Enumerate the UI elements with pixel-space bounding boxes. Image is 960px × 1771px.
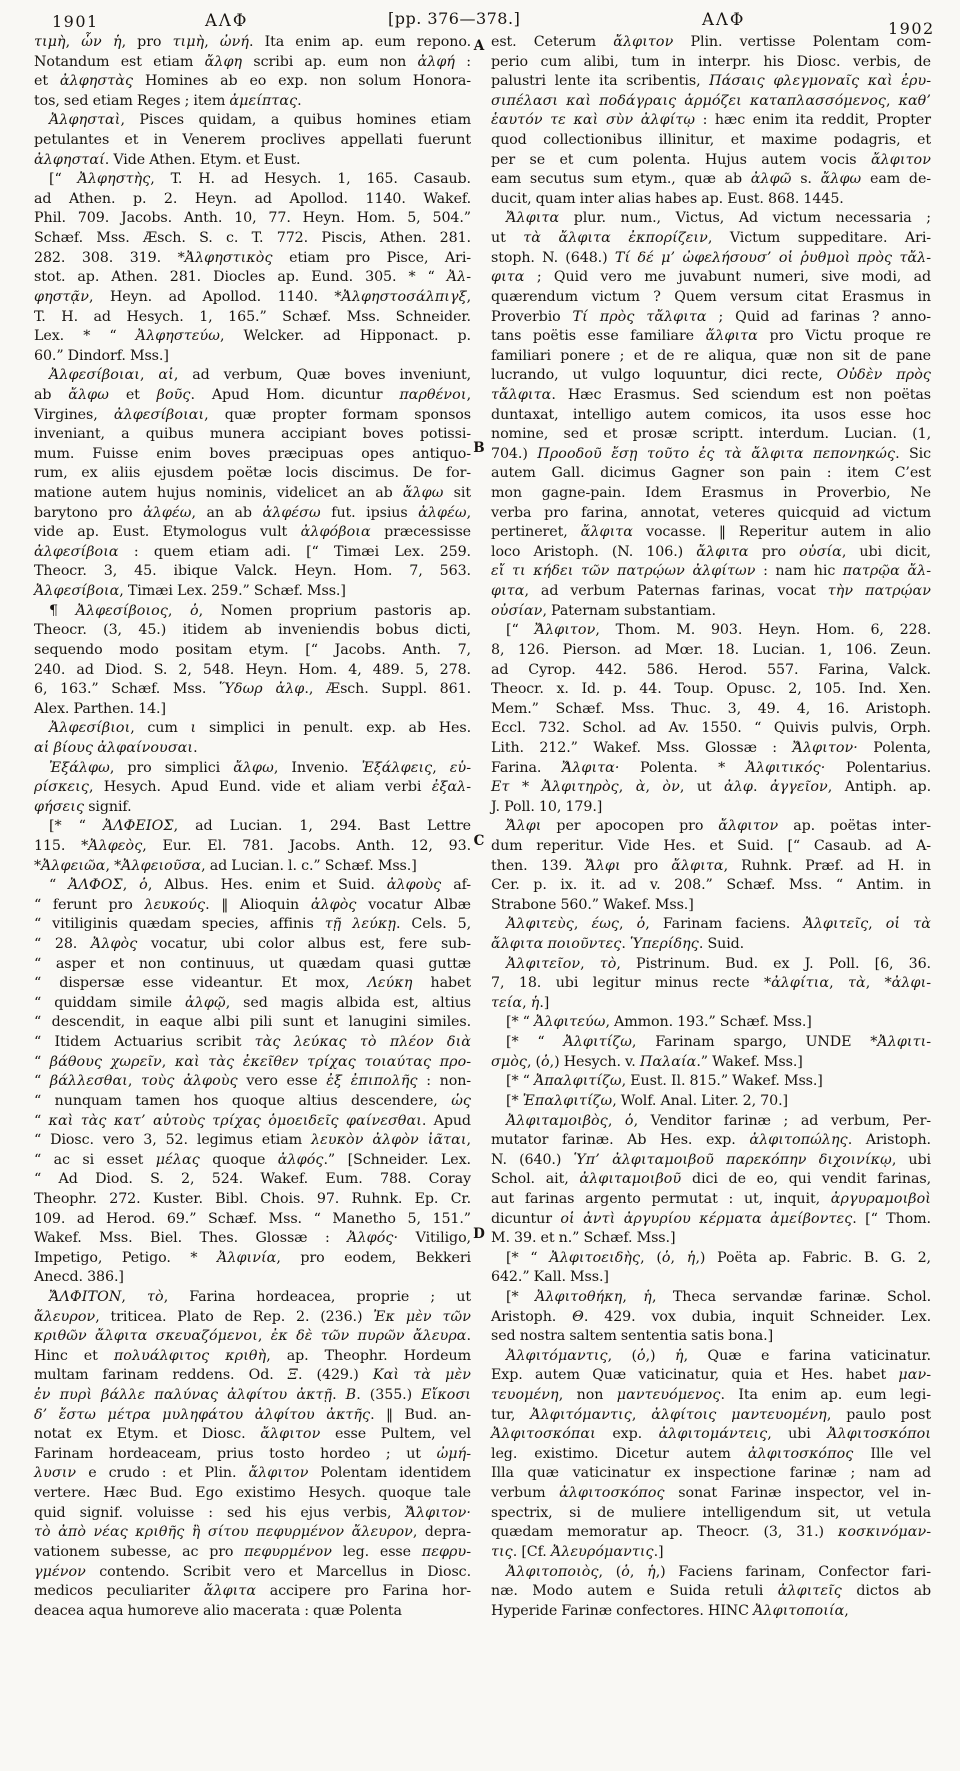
paragraph: Ἀλφιτεὺς, έως, ὁ, Farinam faciens. Ἀλφιτ… — [491, 915, 931, 954]
text-line: inveniant, a quibus munera accipiant bov… — [34, 425, 471, 445]
text-line: Theocr. 3, 45. ibique Valck. Heyn. Hom. … — [34, 562, 471, 582]
text-line: tos, sed etiam Reges ; item ἀμείπτας. — [34, 92, 471, 112]
text-line: M. 39. et n.” Schæf. Mss.] — [491, 1229, 931, 1249]
text-line: αἱ βίους ἀλφαίνουσαι. — [34, 739, 471, 759]
text-line: ab ἄλφω et βοῦς. Apud Hom. dicuntur παρθ… — [34, 386, 471, 406]
text-line: “ ἈΛΦΟΣ, ὁ, Albus. Hes. enim et Suid. ἀλ… — [34, 876, 471, 896]
text-line: ad Cyrop. 442. 586. Herod. 557. Farina, … — [491, 661, 931, 681]
text-line: palustri lente ita scribentis, Πάσαις φλ… — [491, 72, 931, 92]
text-line: ρίσκεις, Hesych. Apud Eund. vide et alia… — [34, 778, 471, 798]
text-line: “ βάθους χωρεῖν, καὶ τὰς ἐκεῖθεν τρίχας … — [34, 1053, 471, 1073]
text-line: pertineret, ἄλφιτα vocasse. ‖ Reperitur … — [491, 523, 931, 543]
text-line: [* “ Ἀλφιτίζω, Farinam spargo, UNDE *Ἀλφ… — [491, 1033, 931, 1053]
paragraph: Ἀλφεσίβιοι, cum ι simplici in penult. ex… — [34, 719, 471, 758]
text-line: vide ap. Eust. Etymologus vult ἀλφόβοια … — [34, 523, 471, 543]
gutter-marker-A: A — [470, 38, 488, 54]
pages-range: [pp. 376—378.] — [388, 9, 520, 28]
text-line: [* “ ἈΛΦΕΙΟΣ, ad Lucian. 1, 294. Bast Le… — [34, 817, 471, 837]
text-line: dum reperitur. Vide Hes. et Suid. [“ Cas… — [491, 837, 931, 857]
text-line: matione autem hujus nominis, videlicet a… — [34, 484, 471, 504]
text-line: “ Diosc. vero 3, 52. legimus etiam λευκὸ… — [34, 1131, 471, 1151]
paragraph: τιμὴ, ὧν ἡ, pro τιμὴ, ὠνή. Ita enim ap. … — [34, 33, 471, 111]
text-line: Theophr. 272. Kuster. Bibl. Chois. 97. R… — [34, 1190, 471, 1210]
text-line: [* Ἀλφιτοθήκη, ἡ, Theca servandæ farinæ.… — [491, 1288, 931, 1308]
text-line: quærendum victum ? Quem versum citat Era… — [491, 288, 931, 308]
text-line: Theocr. (3, 45.) itidem ab inveniendis b… — [34, 621, 471, 641]
text-line: ἀλφησταί. Vide Athen. Etym. et Eust. — [34, 151, 471, 171]
text-line: verbum ἀλφιτοσκόπος sonat Farinæ inspect… — [491, 1484, 931, 1504]
text-line: Virgines, ἀλφεσίβοιαι, quæ propter forma… — [34, 406, 471, 426]
text-line: Alex. Parthen. 14.] — [34, 700, 471, 720]
paragraph: Ἀλφιτόμαντις, (ὁ,) ἡ, Quæ e farina vatic… — [491, 1347, 931, 1563]
text-line: duntaxat, intelligo autem comicos, ita u… — [491, 406, 931, 426]
text-line: est. Ceterum ἄλφιτον Plin. vertisse Pole… — [491, 33, 931, 53]
text-line: τὸ ἀπὸ νέας κριθῆς ἢ σίτου πεφυρμένον ἄλ… — [34, 1523, 471, 1543]
text-line: petulantes et in Venerem proclives appel… — [34, 131, 471, 151]
paragraph: ¶ Ἀλφεσίβοιος, ὁ, Nomen proprium pastori… — [34, 602, 471, 720]
text-line: Mem.” Schæf. Mss. Thuc. 3, 49. 4, 16. Ar… — [491, 700, 931, 720]
text-line: τευομένη, non μαντευόμενος. Ita enim ap.… — [491, 1386, 931, 1406]
text-line: “ quiddam simile ἀλφῷ, sed magis albida … — [34, 994, 471, 1014]
paragraph: Ἀλφιτοποιὸς, (ὁ, ἡ,) Faciens farinam, Co… — [491, 1563, 931, 1622]
text-line: ἑαυτόν τε καὶ σὺν ἀλφίτῳ : hæc enim ita … — [491, 111, 931, 131]
text-line: ¶ Ἀλφεσίβοιος, ὁ, Nomen proprium pastori… — [34, 602, 471, 622]
text-line: Farina. Ἄλφιτα· Polenta. * Ἀλφιτικός· Po… — [491, 759, 931, 779]
text-line: multam farinam reddens. Od. Ξ. (429.) Κα… — [34, 1366, 471, 1386]
text-line: τἄλφιτα. Hæc Erasmus. Sed sciendum est n… — [491, 386, 931, 406]
text-line: “ ac si esset μέλας quoque ἀλφός.” [Schn… — [34, 1151, 471, 1171]
text-line: Ἀλφιτεὺς, έως, ὁ, Farinam faciens. Ἀλφιτ… — [491, 915, 931, 935]
paragraph: Ἀλφεσίβοιαι, αἱ, ad verbum, Quæ boves in… — [34, 366, 471, 601]
text-line: 240. ad Diod. S. 2, 548. Heyn. Hom. 4, 4… — [34, 661, 471, 681]
text-line: tur, Ἀλφιτόμαντις, ἀλφίτοις μαντευομένη,… — [491, 1406, 931, 1426]
text-line: σμὸς, (ὁ,) Hesych. v. Παλαία.” Wakef. Ms… — [491, 1053, 931, 1073]
right-column: est. Ceterum ἄλφιτον Plin. vertisse Pole… — [491, 33, 931, 1621]
text-line: Aristoph. Θ. 429. vox dubia, inquit Schn… — [491, 1308, 931, 1328]
text-line: J. Poll. 10, 179.] — [491, 798, 931, 818]
text-line: κριθῶν ἄλφιτα σκευαζόμενοι, ἐκ δὲ τῶν πυ… — [34, 1327, 471, 1347]
text-line: ut τὰ ἄλφιτα ἐκπορίζειν, Victum suppedit… — [491, 229, 931, 249]
text-line: loco Aristoph. (N. 106.) ἄλφιτα pro οὐσί… — [491, 543, 931, 563]
running-title-right: ΑΛΦ — [702, 10, 745, 29]
text-line: Hyperide Farinæ confectores. HINC Ἀλφιτο… — [491, 1602, 931, 1622]
text-line: aut farinas argento permutat : ut, inqui… — [491, 1190, 931, 1210]
text-line: [* “ Ἀπαλφιτίζω, Eust. Il. 815.” Wakef. … — [491, 1072, 931, 1092]
text-line: 60.” Dindorf. Mss.] — [34, 347, 471, 367]
paragraph: [* “ ἈΛΦΕΙΟΣ, ad Lucian. 1, 294. Bast Le… — [34, 817, 471, 876]
text-line: Farinam hordeaceam, prius tosto hordeo ;… — [34, 1445, 471, 1465]
left-column: τιμὴ, ὧν ἡ, pro τιμὴ, ὠνή. Ita enim ap. … — [34, 33, 471, 1621]
text-line: λυσιν e crudo : et Plin. ἄλφιτον Polenta… — [34, 1464, 471, 1484]
text-line: ἐν πυρὶ βάλλε παλύνας ἀλφίτου ἀκτῇ. Β. (… — [34, 1386, 471, 1406]
text-line: δ’ ἔστω μέτρα μυληφάτου ἀλφίτου ἀκτῆς. ‖… — [34, 1406, 471, 1426]
text-line: γμένον contendo. Scribit vero et Marcell… — [34, 1563, 471, 1583]
text-line: Ἀλφιτεῖον, τὸ, Pistrinum. Bud. ex J. Pol… — [491, 955, 931, 975]
text-line: φιτα ; Quid vero me juvabunt numeri, siv… — [491, 268, 931, 288]
paragraph: Ἄλφιτα plur. num., Victus, Ad victum nec… — [491, 209, 931, 621]
text-line: tans poëtis esse familiare ἄλφιτα pro Vi… — [491, 327, 931, 347]
text-line: 704.) Προοδοῦ ἔσῃ τοῦτο ἐς τὰ ἄλφιτα πεπ… — [491, 445, 931, 465]
text-line: ἀλφεσίβοια : quem etiam adi. [“ Timæi Le… — [34, 543, 471, 563]
text-line: Ἀλφιτόμαντις, (ὁ,) ἡ, Quæ e farina vatic… — [491, 1347, 931, 1367]
text-line: “ Ad Diod. S. 2, 524. Wakef. Eum. 788. C… — [34, 1170, 471, 1190]
text-line: per se et cum polenta. Hujus autem vocis… — [491, 151, 931, 171]
text-line: 8, 126. Pierson. ad Mœr. 18. Lucian. 1, … — [491, 641, 931, 661]
text-line: et ἀλφηστὰς Homines ab eo exp. non solum… — [34, 72, 471, 92]
text-line: T. H. ad Hesych. 1, 165.” Schæf. Mss. Sc… — [34, 308, 471, 328]
text-line: Phil. 709. Jacobs. Anth. 10, 77. Heyn. H… — [34, 209, 471, 229]
text-line: Ἄλφιτα plur. num., Victus, Ad victum nec… — [491, 209, 931, 229]
text-line: verba pro farina, annotat, veteres quicq… — [491, 504, 931, 524]
text-line: quid signif. voluisse : sed his ejus ver… — [34, 1504, 471, 1524]
text-line: Illa quæ vaticinatur ex inspectione fari… — [491, 1464, 931, 1484]
text-line: φηστᾷν, Heyn. ad Apollod. 1140. *Ἀλφηστο… — [34, 288, 471, 308]
text-line: quædam memoratur ap. Theocr. (3, 31.) κο… — [491, 1523, 931, 1543]
text-line: Schol. ait, ἀλφιταμοιβοῦ dici de eo, qui… — [491, 1170, 931, 1190]
text-line: “ ferunt pro λευκούς. ‖ Alioquin ἀλφὸς v… — [34, 896, 471, 916]
text-line: eam secutus sum etym., quæ ab ἀλφῶ s. ἄλ… — [491, 170, 931, 190]
paragraph: [* Ἐπαλφιτίζω, Wolf. Anal. Liter. 2, 70.… — [491, 1092, 931, 1112]
text-line: “ descendit, in eaque albi pili sunt et … — [34, 1013, 471, 1033]
paragraph: [* “ Ἀπαλφιτίζω, Eust. Il. 815.” Wakef. … — [491, 1072, 931, 1092]
text-line: mon gagne-pain. Idem Erasmus in Proverbi… — [491, 484, 931, 504]
text-line: rum, ex aliis ejusdem poëtæ locis discim… — [34, 464, 471, 484]
text-line: ducit, quam inter alias habes ap. Eust. … — [491, 190, 931, 210]
paragraph: Ἀλφησταὶ, Pisces quidam, a quibus homine… — [34, 111, 471, 170]
page-number-left: 1901 — [52, 12, 99, 31]
paragraph: [* Ἀλφιτοθήκη, ἡ, Theca servandæ farinæ.… — [491, 1288, 931, 1347]
text-line: “ vitiliginis quædam species, affinis τῇ… — [34, 915, 471, 935]
paragraph: [“ Ἀλφηστὴς, T. H. ad Hesych. 1, 165. Ca… — [34, 170, 471, 366]
text-line: σιπέλασι καὶ ποδάγραις ἁρμόζει καταπλασσ… — [491, 92, 931, 112]
text-line: Ἄλφι per apocopen pro ἄλφιτον ap. poëtas… — [491, 817, 931, 837]
text-line: [* “ Ἀλφιτεύω, Ammon. 193.” Schæf. Mss.] — [491, 1013, 931, 1033]
text-line: Ἀλφιτοσκόπαι exp. ἀλφιτομάντεις, ubi Ἀλφ… — [491, 1425, 931, 1445]
text-line: Eccl. 732. Schol. ad Av. 1550. “ Quivis … — [491, 719, 931, 739]
text-line: autem Gall. dicimus Gagner son pain : it… — [491, 464, 931, 484]
text-line: perio cum alibi, tum in interpr. his Dio… — [491, 53, 931, 73]
text-line: τιμὴ, ὧν ἡ, pro τιμὴ, ὠνή. Ita enim ap. … — [34, 33, 471, 53]
text-line: Exp. autem Quæ vaticinatur, quia et Hes.… — [491, 1366, 931, 1386]
text-line: “ asper et non continuus, ut quædam quas… — [34, 955, 471, 975]
text-line: Notandum est etiam ἄλφη scribi ap. eum n… — [34, 53, 471, 73]
text-line: [* Ἐπαλφιτίζω, Wolf. Anal. Liter. 2, 70.… — [491, 1092, 931, 1112]
text-line: sequendo modo positam etym. [“ Jacobs. A… — [34, 641, 471, 661]
gutter-marker-C: C — [470, 833, 488, 849]
text-line: 7, 18. ubi legitur minus recte *ἀλφίτια,… — [491, 974, 931, 994]
running-title-left: ΑΛΦ — [205, 11, 248, 30]
text-line: 282. 308. 319. *Ἀλφηστικὸς etiam pro Pis… — [34, 249, 471, 269]
paragraph: [* “ Ἀλφιτίζω, Farinam spargo, UNDE *Ἀλφ… — [491, 1033, 931, 1072]
text-line: “ nunquam tamen hos quoque altius descen… — [34, 1092, 471, 1112]
text-line: “ καὶ τὰς κατ’ αὐτοὺς τρίχας ὁμοειδεῖς φ… — [34, 1112, 471, 1132]
text-line: spectrix, si de muliere intelligendum si… — [491, 1504, 931, 1524]
lexicon-page: 1901 ΑΛΦ [pp. 376—378.] ΑΛΦ 1902 τιμὴ, ὧ… — [0, 0, 960, 1771]
text-line: Cer. p. ix. it. ad v. 208.” Schæf. Mss. … — [491, 876, 931, 896]
gutter-marker-B: B — [470, 440, 488, 456]
text-line: sed nostra saltem sententia satis bona.] — [491, 1327, 931, 1347]
text-line: φιτα, ad verbum Paternas farinas, vocat … — [491, 582, 931, 602]
text-line: vertere. Hæc Bud. Ego existimo Hesych. q… — [34, 1484, 471, 1504]
text-line: Ἀλφεσίβοιαι, αἱ, ad verbum, Quæ boves in… — [34, 366, 471, 386]
paragraph: [* “ Ἀλφιτεύω, Ammon. 193.” Schæf. Mss.] — [491, 1013, 931, 1033]
text-line: [* “ Ἀλφιτοειδὴς, (ὁ, ἡ,) Poëta ap. Fabr… — [491, 1249, 931, 1269]
text-line: εἴ τι κήδει τῶν πατρῴων ἀλφίτων : nam hi… — [491, 562, 931, 582]
text-line: 642.” Kall. Mss.] — [491, 1268, 931, 1288]
text-line: τεία, ἡ.] — [491, 994, 931, 1014]
text-line: familiari ponere ; et de re aliqua, quæ … — [491, 347, 931, 367]
text-line: Lex. * “ Ἀλφηστεύω, Welcker. ad Hipponac… — [34, 327, 471, 347]
text-line: næ. Modo autem e Suida retuli ἀλφιτεῖς d… — [491, 1582, 931, 1602]
text-line: Proverbio Τί πρὸς τἄλφιτα ; Quid ad fari… — [491, 308, 931, 328]
text-line: Ἀλφεσίβιοι, cum ι simplici in penult. ex… — [34, 719, 471, 739]
paragraph: [* “ Ἀλφιτοειδὴς, (ὁ, ἡ,) Poëta ap. Fabr… — [491, 1249, 931, 1288]
text-line: quod collectionibus illinitur, et maxime… — [491, 131, 931, 151]
text-line: nomine, sed et prosæ scriptt. interdum. … — [491, 425, 931, 445]
text-line: Strabone 560.” Wakef. Mss.] — [491, 896, 931, 916]
text-line: Impetigo, Petigo. * Ἀλφινία, pro eodem, … — [34, 1249, 471, 1269]
paragraph: Ἐξάλφω, pro simplici ἄλφω, Invenio. Ἐξάλ… — [34, 759, 471, 818]
text-line: Ἐξάλφω, pro simplici ἄλφω, Invenio. Ἐξάλ… — [34, 759, 471, 779]
text-line: Ἀλφησταὶ, Pisces quidam, a quibus homine… — [34, 111, 471, 131]
text-line: [“ Ἄλφιτον, Thom. M. 903. Heyn. Hom. 6, … — [491, 621, 931, 641]
text-line: vationem subesse, ac pro πεφυρμένον leg.… — [34, 1543, 471, 1563]
text-line: *Ἀλφειῶα, *Ἀλφειοῦσα, ad Lucian. l. c.” … — [34, 857, 471, 877]
text-line: [“ Ἀλφηστὴς, T. H. ad Hesych. 1, 165. Ca… — [34, 170, 471, 190]
text-line: leg. existimo. Dicetur autem ἀλφιτοσκόπο… — [491, 1445, 931, 1465]
text-line: “ Itidem Actuarius scribit τὰς λεύκας τὸ… — [34, 1033, 471, 1053]
text-line: mutator farinæ. Ab Hes. exp. ἀλφιτοπώλης… — [491, 1131, 931, 1151]
text-line: ad Athen. p. 2. Heyn. ad Apollod. 1140. … — [34, 190, 471, 210]
text-line: Ἀλφιτοποιὸς, (ὁ, ἡ,) Faciens farinam, Co… — [491, 1563, 931, 1583]
text-line: dicuntur οἱ ἀντὶ ἀργυρίου κέρματα ἀμείβο… — [491, 1210, 931, 1230]
text-line: οὐσίαν, Paternam substantiam. — [491, 602, 931, 622]
text-line: Lith. 212.” Wakef. Mss. Glossæ : Ἄλφιτον… — [491, 739, 931, 759]
text-line: mum. Fuisse enim boves præcipuas opes an… — [34, 445, 471, 465]
text-line: stot. ap. Athen. 281. Diocles ap. Eund. … — [34, 268, 471, 288]
text-line: Ετ * Ἀλφιτηρὸς, ὰ, ὸν, ut ἀλφ. ἀγγεῖον, … — [491, 778, 931, 798]
text-line: ἌΛΦΙΤΟΝ, τὸ, Farina hordeacea, proprie ;… — [34, 1288, 471, 1308]
text-line: 115. *Ἀλφεὸς, Eur. El. 781. Jacobs. Anth… — [34, 837, 471, 857]
text-line: barytono pro ἀλφέω, an ab ἀλφέσω fut. ip… — [34, 504, 471, 524]
text-line: Anecd. 386.] — [34, 1268, 471, 1288]
text-line: “ 28. Ἀλφὸς vocatur, ubi color albus est… — [34, 935, 471, 955]
paragraph: “ ἈΛΦΟΣ, ὁ, Albus. Hes. enim et Suid. ἀλ… — [34, 876, 471, 1288]
text-line: ἄλευρον, triticea. Plato de Rep. 2. (236… — [34, 1308, 471, 1328]
paragraph: est. Ceterum ἄλφιτον Plin. vertisse Pole… — [491, 33, 931, 209]
text-line: “ dispersæ esse videantur. Et mox, Λεύκη… — [34, 974, 471, 994]
text-line: φήσεις signif. — [34, 798, 471, 818]
text-line: ἄλφιτα ποιοῦντες. Ὑπερίδης. Suid. — [491, 935, 931, 955]
text-line: stoph. N. (648.) Τί δέ μ’ ὠφελήσουσ’ οἱ … — [491, 249, 931, 269]
text-line: then. 139. Ἄλφι pro ἄλφιτα, Ruhnk. Præf.… — [491, 857, 931, 877]
text-line: medicos peculiariter ἄλφιτα accipere pro… — [34, 1582, 471, 1602]
gutter-marker-D: D — [470, 1226, 488, 1242]
text-line: deacea aqua humoreve alio macerata : quæ… — [34, 1602, 471, 1622]
text-line: Hinc et πολυάλφιτος κριθὴ, ap. Theophr. … — [34, 1347, 471, 1367]
text-line: Ἀλφεσίβοια, Timæi Lex. 259.” Schæf. Mss.… — [34, 582, 471, 602]
text-line: Schæf. Mss. Æsch. S. c. T. 772. Piscis, … — [34, 229, 471, 249]
text-line: 109. ad Herod. 69.” Schæf. Mss. “ Maneth… — [34, 1210, 471, 1230]
text-line: notat ex Etym. et Diosc. ἄλφιτον esse Pu… — [34, 1425, 471, 1445]
text-line: Theocr. x. Id. p. 44. Toup. Opusc. 2, 10… — [491, 680, 931, 700]
paragraph: ἌΛΦΙΤΟΝ, τὸ, Farina hordeacea, proprie ;… — [34, 1288, 471, 1621]
paragraph: [“ Ἄλφιτον, Thom. M. 903. Heyn. Hom. 6, … — [491, 621, 931, 817]
paragraph: Ἀλφιταμοιβὸς, ὁ, Venditor farinæ ; ad ve… — [491, 1112, 931, 1249]
paragraph: Ἀλφιτεῖον, τὸ, Pistrinum. Bud. ex J. Pol… — [491, 955, 931, 1014]
text-line: τις. [Cf. Ἀλευρόμαντις.] — [491, 1543, 931, 1563]
text-line: Ἀλφιταμοιβὸς, ὁ, Venditor farinæ ; ad ve… — [491, 1112, 931, 1132]
paragraph: Ἄλφι per apocopen pro ἄλφιτον ap. poëtas… — [491, 817, 931, 915]
text-line: lucrando, ut vulgo loquuntur, dici recte… — [491, 366, 931, 386]
text-line: “ βάλλεσθαι, τοὺς ἀλφοὺς vero esse ἐξ ἐπ… — [34, 1072, 471, 1092]
text-line: 6, 163.” Schæf. Mss. Ὕδωρ ἀλφ., Æsch. Su… — [34, 680, 471, 700]
text-line: Wakef. Mss. Biel. Thes. Glossæ : Ἀλφός· … — [34, 1229, 471, 1249]
text-line: N. (640.) Ὑπ’ ἀλφιταμοιβοῦ παρεκόπην διχ… — [491, 1151, 931, 1171]
